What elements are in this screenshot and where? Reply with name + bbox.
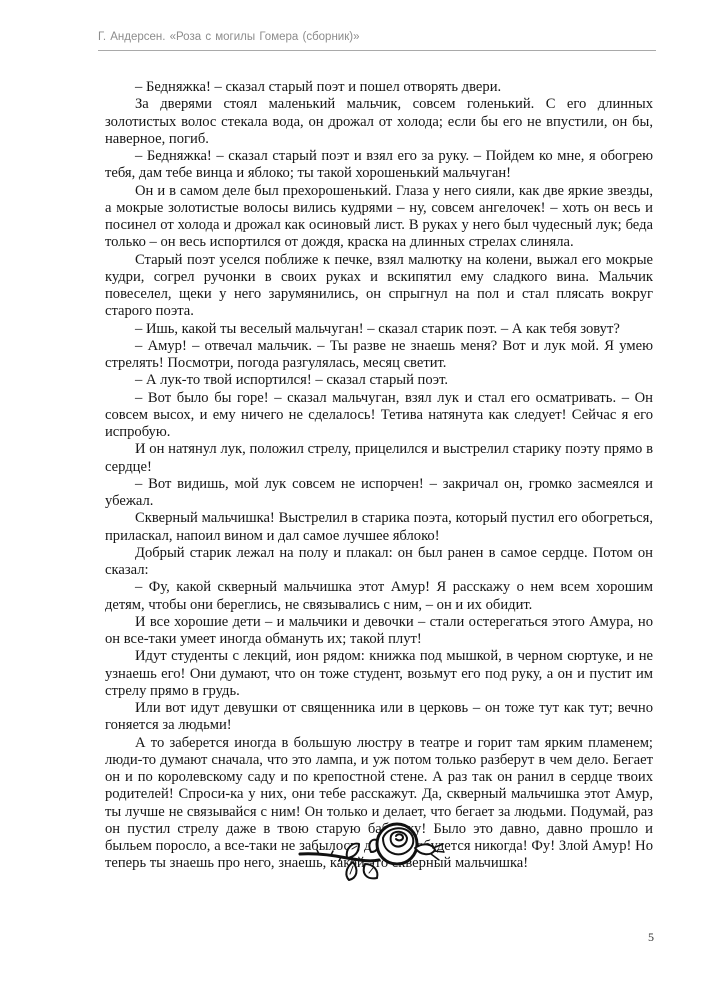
header-divider xyxy=(98,50,656,51)
paragraph: – А лук-то твой испортился! – сказал ста… xyxy=(105,372,653,389)
page-number: 5 xyxy=(648,930,654,945)
paragraph: Идут студенты с лекций, ион рядом: книжк… xyxy=(105,648,653,700)
paragraph: – Вот видишь, мой лук совсем не испорчен… xyxy=(105,476,653,511)
rose-vignette-icon xyxy=(297,818,447,884)
paragraph: Скверный мальчишка! Выстрелил в старика … xyxy=(105,510,653,545)
paragraph: И он натянул лук, положил стрелу, прицел… xyxy=(105,441,653,476)
paragraph: Добрый старик лежал на полу и плакал: он… xyxy=(105,545,653,580)
paragraph: За дверями стоял маленький мальчик, совс… xyxy=(105,96,653,148)
paragraph: – Амур! – отвечал мальчик. – Ты разве не… xyxy=(105,338,653,373)
running-header: Г. Андерсен. «Роза с могилы Гомера (сбор… xyxy=(98,31,656,43)
paragraph: – Ишь, какой ты веселый мальчуган! – ска… xyxy=(105,321,653,338)
paragraph: – Бедняжка! – сказал старый поэт и пошел… xyxy=(105,79,653,96)
paragraph: Или вот идут девушки от священника или в… xyxy=(105,700,653,735)
paragraph: И все хорошие дети – и мальчики и девочк… xyxy=(105,614,653,649)
paragraph: Он и в самом деле был прехорошенький. Гл… xyxy=(105,183,653,252)
story-text: – Бедняжка! – сказал старый поэт и пошел… xyxy=(105,79,653,873)
paragraph: – Бедняжка! – сказал старый поэт и взял … xyxy=(105,148,653,183)
paragraph: Старый поэт уселся поближе к печке, взял… xyxy=(105,252,653,321)
paragraph: – Фу, какой скверный мальчишка этот Амур… xyxy=(105,579,653,614)
paragraph: – Вот было бы горе! – сказал мальчуган, … xyxy=(105,390,653,442)
